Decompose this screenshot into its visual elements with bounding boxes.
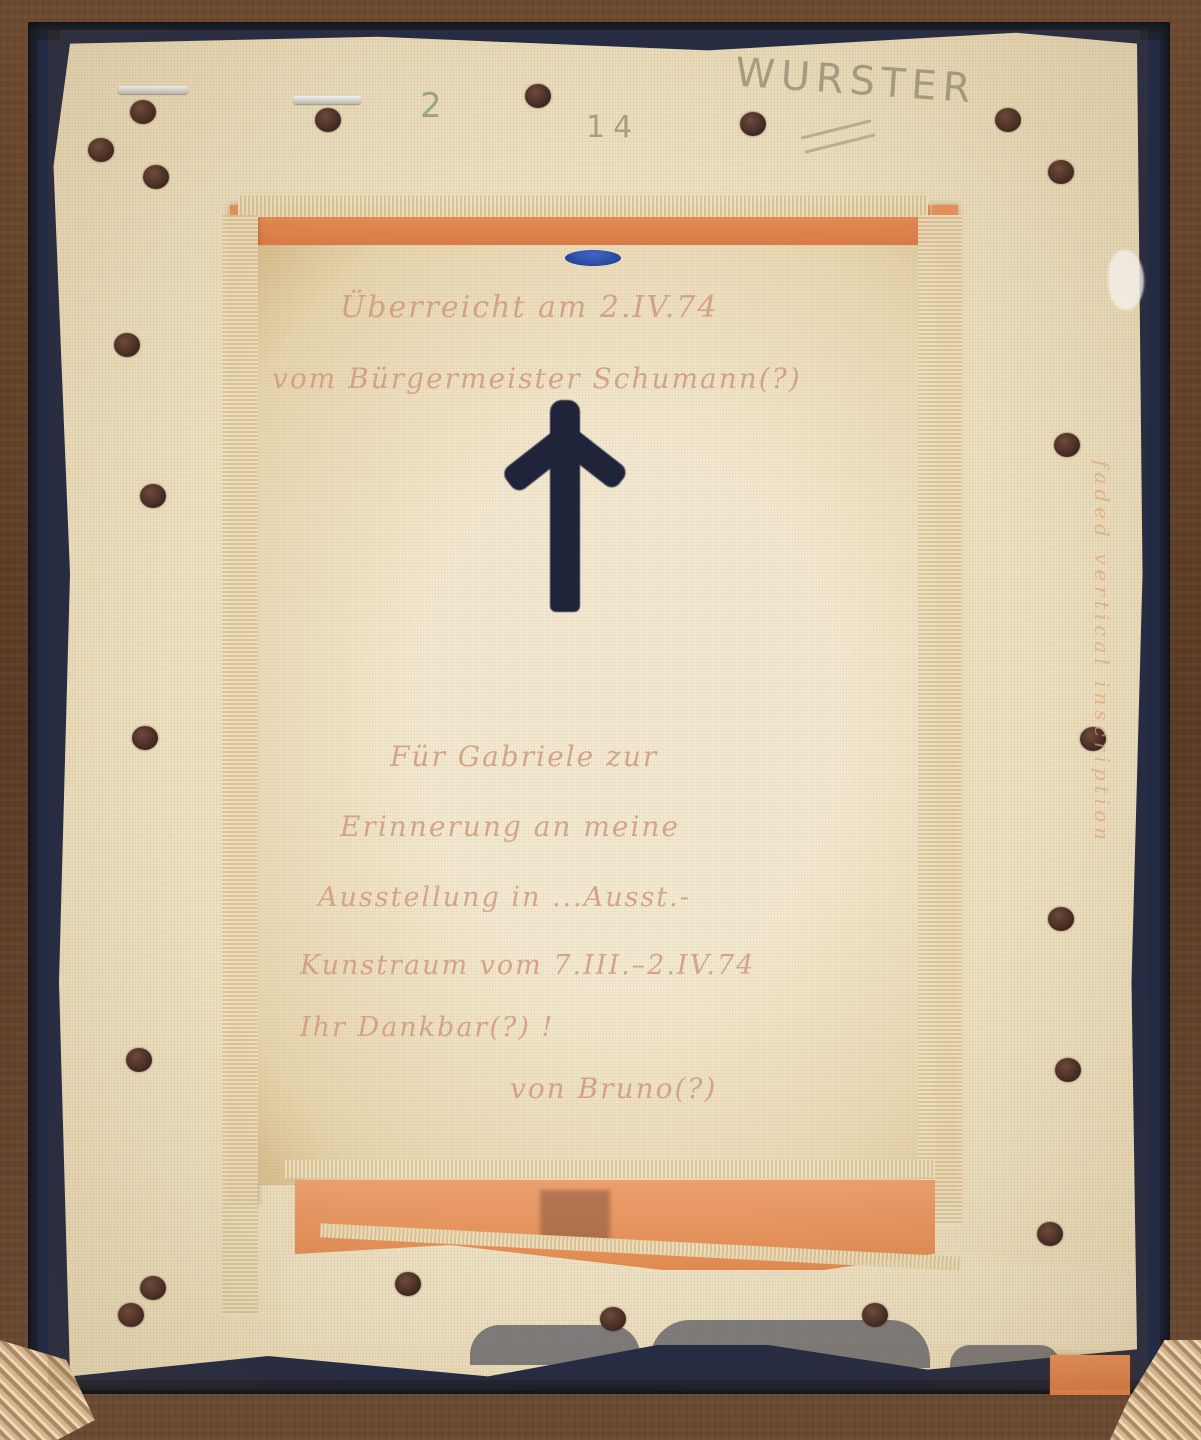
fringe-top bbox=[238, 195, 928, 217]
white-paint-blot bbox=[1108, 250, 1144, 310]
tack bbox=[118, 1303, 144, 1327]
inscription-bottom-line3: Ausstellung in ...Ausst.- bbox=[318, 882, 691, 913]
tack bbox=[126, 1048, 152, 1072]
tack bbox=[132, 726, 158, 750]
staple-2 bbox=[293, 96, 361, 104]
tack bbox=[140, 1276, 166, 1300]
inscription-bottom-line6: von Bruno(?) bbox=[510, 1072, 717, 1105]
tack bbox=[1037, 1222, 1063, 1246]
tack bbox=[140, 484, 166, 508]
inscription-bottom-line5: Ihr Dankbar(?) ! bbox=[300, 1012, 554, 1043]
tack bbox=[740, 112, 766, 136]
tack bbox=[862, 1303, 888, 1327]
tack bbox=[315, 108, 341, 132]
tack bbox=[600, 1307, 626, 1331]
blue-hanging-button bbox=[565, 250, 621, 266]
tack bbox=[995, 108, 1021, 132]
tack bbox=[1048, 160, 1074, 184]
inscription-top-line1: Überreicht am 2.IV.74 bbox=[340, 290, 718, 325]
pencil-number: 14 bbox=[586, 110, 640, 145]
tack bbox=[1054, 433, 1080, 457]
tack bbox=[1055, 1058, 1081, 1082]
fringe-right bbox=[918, 215, 962, 1225]
tack bbox=[525, 84, 551, 108]
inscription-bottom-line1: Für Gabriele zur bbox=[390, 740, 658, 773]
tack bbox=[88, 138, 114, 162]
stretcher-bottom-right-corner bbox=[1050, 1355, 1130, 1395]
green-number: 2 bbox=[420, 86, 442, 126]
navy-blot-2 bbox=[650, 1320, 930, 1368]
staple-1 bbox=[118, 86, 188, 94]
navy-blot-1 bbox=[470, 1325, 640, 1365]
navy-blot-3 bbox=[950, 1345, 1060, 1375]
tack bbox=[114, 333, 140, 357]
inscription-bottom-line4: Kunstraum vom 7.III.–2.IV.74 bbox=[300, 950, 755, 981]
tack bbox=[395, 1272, 421, 1296]
tack bbox=[143, 165, 169, 189]
fringe-left bbox=[222, 215, 258, 1315]
tack bbox=[130, 100, 156, 124]
tack bbox=[1048, 907, 1074, 931]
inscription-bottom-line2: Erinnerung an meine bbox=[340, 810, 680, 843]
fringe-bottom-inner bbox=[285, 1160, 935, 1178]
inscription-top-line2: vom Bürgermeister Schumann(?) bbox=[272, 362, 802, 395]
right-edge-vertical-inscription: faded vertical inscription bbox=[1090, 460, 1114, 1280]
